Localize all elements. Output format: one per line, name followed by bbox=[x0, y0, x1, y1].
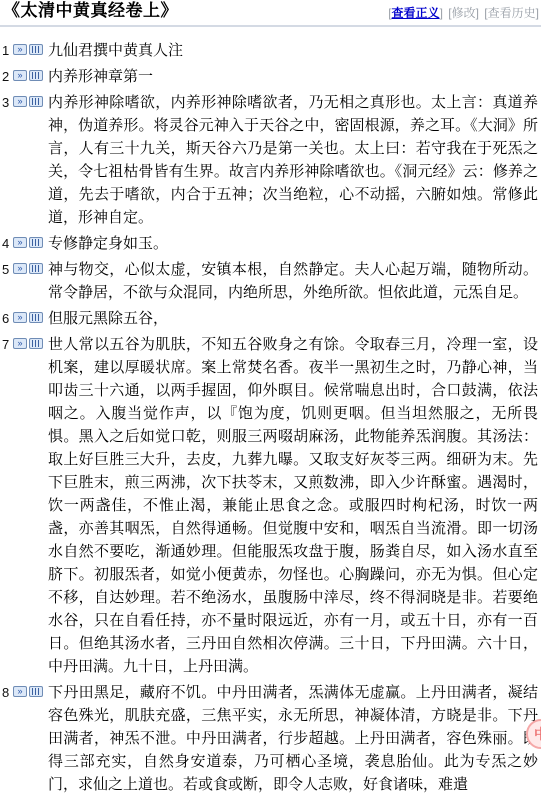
jump-glyph: » bbox=[17, 238, 22, 247]
bars-glyph bbox=[32, 340, 40, 347]
paragraph-text: 但服元黑除五谷， bbox=[48, 307, 539, 330]
jump-to-icon[interactable]: » bbox=[13, 686, 27, 697]
passage-row: 1 » 九仙君撰中黄真人注 bbox=[2, 39, 539, 62]
paragraph-text: 世人常以五谷为肌肤，不知五谷败身之有馀。令取春三月，冷理一室，设机案，建以厚暖状… bbox=[48, 333, 539, 678]
jump-glyph: » bbox=[17, 45, 22, 54]
paragraph-icon-group: » bbox=[13, 258, 48, 274]
show-original-icon[interactable] bbox=[29, 237, 43, 248]
edit-label[interactable]: 修改 bbox=[452, 6, 476, 20]
paragraph-text: 下丹田黑足，藏府不饥。中丹田满者，炁满体无虚赢。上丹田满者，凝结容色殊光，肌肤充… bbox=[48, 681, 539, 796]
header-links: [查看正义] [修改] [查看历史] bbox=[386, 1, 539, 21]
paragraph-icon-group: » bbox=[13, 91, 48, 107]
paragraph-number: 7 bbox=[2, 333, 13, 352]
bracket: ] bbox=[476, 6, 479, 20]
paragraph-text: 神与物交，心似太虚，安镇本根，自然静定。夫人心起万端，随物所动。常令静居，不欲与… bbox=[48, 258, 539, 304]
passage-row: 6 » 但服元黑除五谷， bbox=[2, 307, 539, 330]
bracket: ] bbox=[440, 6, 443, 20]
paragraph-icon-group: » bbox=[13, 307, 48, 323]
view-history-link[interactable]: [查看历史] bbox=[484, 6, 539, 20]
paragraph-icon-group: » bbox=[13, 232, 48, 248]
show-original-icon[interactable] bbox=[29, 338, 43, 349]
bars-glyph bbox=[32, 239, 40, 246]
show-original-icon[interactable] bbox=[29, 263, 43, 274]
show-original-icon[interactable] bbox=[29, 312, 43, 323]
passage-list: 1 » 九仙君撰中黄真人注 2 » 内养形神章第一 3 » 内养形神除嗜欲，内养… bbox=[0, 27, 541, 796]
paragraph-number: 6 bbox=[2, 307, 13, 326]
edit-link[interactable]: [修改] bbox=[448, 6, 479, 20]
paragraph-number: 2 bbox=[2, 65, 13, 84]
jump-to-icon[interactable]: » bbox=[13, 263, 27, 274]
show-original-icon[interactable] bbox=[29, 44, 43, 55]
bars-glyph bbox=[32, 98, 40, 105]
jump-glyph: » bbox=[17, 97, 22, 106]
view-commentary-label[interactable]: 查看正义 bbox=[392, 6, 440, 20]
bars-glyph bbox=[32, 46, 40, 53]
paragraph-number: 8 bbox=[2, 681, 13, 700]
paragraph-icon-group: » bbox=[13, 681, 48, 697]
bars-glyph bbox=[32, 265, 40, 272]
jump-glyph: » bbox=[17, 71, 22, 80]
paragraph-text: 九仙君撰中黄真人注 bbox=[48, 39, 539, 62]
passage-row: 2 » 内养形神章第一 bbox=[2, 65, 539, 88]
bars-glyph bbox=[32, 72, 40, 79]
paragraph-text: 专修静定身如玉。 bbox=[48, 232, 539, 255]
jump-glyph: » bbox=[17, 687, 22, 696]
view-commentary-link[interactable]: [查看正义] bbox=[388, 6, 443, 20]
bracket: ] bbox=[536, 6, 539, 20]
passage-row: 3 » 内养形神除嗜欲，内养形神除嗜欲者，乃无相之真形也。太上言：真道养神，伪道… bbox=[2, 91, 539, 229]
jump-to-icon[interactable]: » bbox=[13, 312, 27, 323]
bars-glyph bbox=[32, 688, 40, 695]
show-original-icon[interactable] bbox=[29, 96, 43, 107]
page-title: 《太清中黄真经卷上》 bbox=[3, 1, 178, 20]
show-original-icon[interactable] bbox=[29, 70, 43, 81]
passage-row: 7 » 世人常以五谷为肌肤，不知五谷败身之有馀。令取春三月，冷理一室，设机案，建… bbox=[2, 333, 539, 678]
jump-glyph: » bbox=[17, 264, 22, 273]
paragraph-number: 3 bbox=[2, 91, 13, 110]
bars-glyph bbox=[32, 314, 40, 321]
floating-badge-label: 中 bbox=[534, 724, 541, 744]
jump-to-icon[interactable]: » bbox=[13, 70, 27, 81]
jump-to-icon[interactable]: » bbox=[13, 44, 27, 55]
jump-to-icon[interactable]: » bbox=[13, 237, 27, 248]
show-original-icon[interactable] bbox=[29, 686, 43, 697]
paragraph-icon-group: » bbox=[13, 39, 48, 55]
jump-glyph: » bbox=[17, 339, 22, 348]
paragraph-text: 内养形神章第一 bbox=[48, 65, 539, 88]
view-history-label[interactable]: 查看历史 bbox=[488, 6, 536, 20]
passage-row: 4 » 专修静定身如玉。 bbox=[2, 232, 539, 255]
paragraph-icon-group: » bbox=[13, 65, 48, 81]
paragraph-number: 1 bbox=[2, 39, 13, 58]
jump-to-icon[interactable]: » bbox=[13, 96, 27, 107]
paragraph-number: 5 bbox=[2, 258, 13, 277]
page-header: 《太清中黄真经卷上》 [查看正义] [修改] [查看历史] bbox=[0, 0, 541, 27]
jump-to-icon[interactable]: » bbox=[13, 338, 27, 349]
paragraph-number: 4 bbox=[2, 232, 13, 251]
paragraph-icon-group: » bbox=[13, 333, 48, 349]
jump-glyph: » bbox=[17, 313, 22, 322]
paragraph-text: 内养形神除嗜欲，内养形神除嗜欲者，乃无相之真形也。太上言：真道养神，伪道养形。将… bbox=[48, 91, 539, 229]
passage-row: 5 » 神与物交，心似太虚，安镇本根，自然静定。夫人心起万端，随物所动。常令静居… bbox=[2, 258, 539, 304]
passage-row: 8 » 下丹田黑足，藏府不饥。中丹田满者，炁满体无虚赢。上丹田满者，凝结容色殊光… bbox=[2, 681, 539, 796]
